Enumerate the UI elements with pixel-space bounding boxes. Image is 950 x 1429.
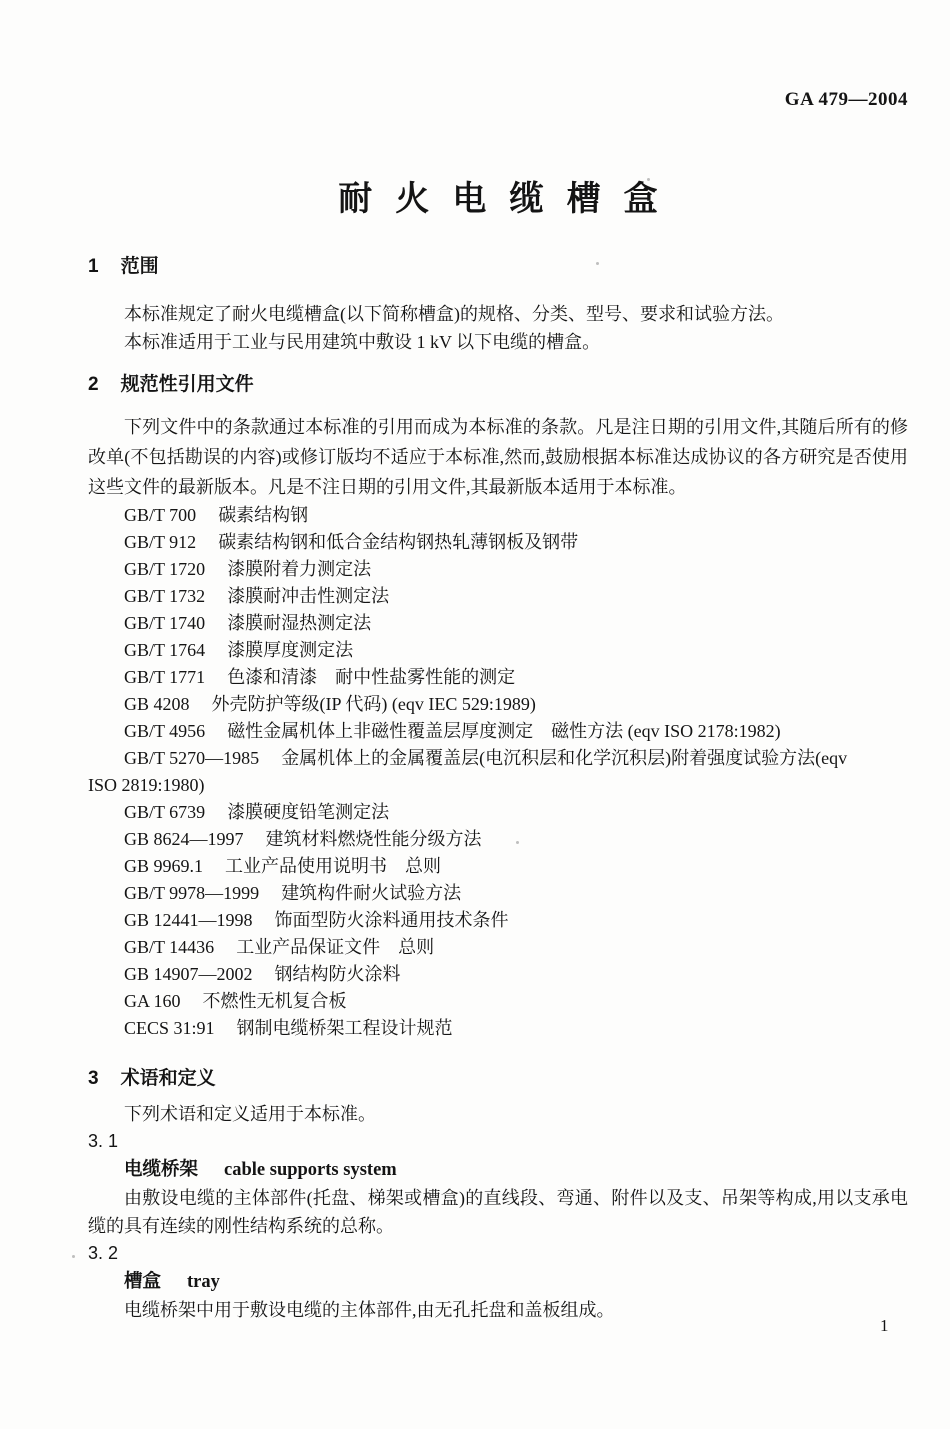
reference-title: 钢制电缆桥架工程设计规范 (237, 1018, 453, 1038)
standard-code: GA 479—2004 (88, 90, 908, 110)
page-content: GA 479—2004 耐火电缆槽盒 1范围 本标准规定了耐火电缆槽盒(以下简称… (0, 0, 950, 1324)
references-intro-paragraph: 下列文件中的条款通过本标准的引用而成为本标准的条款。凡是注日期的引用文件,其随后… (88, 412, 908, 502)
reference-title: 碳素结构钢和低合金结构钢热轧薄钢板及钢带 (218, 532, 578, 552)
reference-title: 漆膜附着力测定法 (227, 559, 371, 579)
reference-title: 建筑构件耐火试验方法 (281, 883, 461, 903)
reference-item: GA 160不燃性无机复合板 (88, 988, 908, 1015)
reference-item: GB/T 5270—1985金属机体上的金属覆盖层(电沉积层和化学沉积层)附着强… (88, 745, 908, 772)
reference-item: GB/T 4956磁性金属机体上非磁性覆盖层厚度测定 磁性方法 (eqv ISO… (88, 718, 908, 745)
page-number: 1 (880, 1316, 889, 1336)
reference-item: GB 14907—2002钢结构防火涂料 (88, 961, 908, 988)
term-english: tray (187, 1272, 220, 1292)
scan-speck (647, 178, 650, 181)
reference-item: GB/T 9978—1999建筑构件耐火试验方法 (88, 880, 908, 907)
reference-title: 漆膜硬度铅笔测定法 (227, 802, 389, 822)
reference-item: GB/T 1732漆膜耐冲击性测定法 (88, 583, 908, 610)
term-definition: 由敷设电缆的主体部件(托盘、梯架或槽盒)的直线段、弯通、附件以及支、吊架等构成,… (88, 1184, 908, 1240)
reference-item: GB 8624—1997建筑材料燃烧性能分级方法 (88, 826, 908, 853)
section-2-heading: 2规范性引用文件 (88, 372, 908, 398)
reference-title: 漆膜耐湿热测定法 (227, 613, 371, 633)
section-3-heading: 3术语和定义 (88, 1066, 908, 1092)
reference-code: GB 4208 (124, 691, 190, 718)
section-1-body: 本标准规定了耐火电缆槽盒(以下简称槽盒)的规格、分类、型号、要求和试验方法。 本… (88, 300, 908, 356)
reference-code: GB/T 1771 (124, 664, 205, 691)
reference-item: GB/T 1720漆膜附着力测定法 (88, 556, 908, 583)
reference-code: GB/T 9978—1999 (124, 880, 259, 907)
term-english: cable supports system (224, 1160, 397, 1180)
reference-code: GB/T 912 (124, 529, 196, 556)
reference-code: GB/T 6739 (124, 799, 205, 826)
term-definition: 电缆桥架中用于敷设电缆的主体部件,由无孔托盘和盖板组成。 (88, 1296, 908, 1324)
term-3-2: 3. 2 槽盒tray 电缆桥架中用于敷设电缆的主体部件,由无孔托盘和盖板组成。 (88, 1240, 908, 1324)
reference-item: GB 9969.1工业产品使用说明书 总则 (88, 853, 908, 880)
reference-code: GB/T 700 (124, 502, 196, 529)
reference-code: GB/T 5270—1985 (124, 745, 259, 772)
reference-title: 外壳防护等级(IP 代码) (eqv IEC 529:1989) (212, 694, 536, 714)
reference-title: 钢结构防火涂料 (275, 964, 401, 984)
section-3-number: 3 (88, 1066, 99, 1092)
clause-number: 3. 1 (88, 1128, 908, 1155)
reference-item: GB 4208外壳防护等级(IP 代码) (eqv IEC 529:1989) (88, 691, 908, 718)
section-1-title: 范围 (121, 256, 159, 277)
reference-item: GB/T 1740漆膜耐湿热测定法 (88, 610, 908, 637)
term-heading: 电缆桥架cable supports system (88, 1155, 908, 1184)
reference-title: 工业产品保证文件 总则 (236, 937, 434, 957)
normative-references-list: GB/T 700碳素结构钢 GB/T 912碳素结构钢和低合金结构钢热轧薄钢板及… (88, 502, 908, 1042)
terms-intro-paragraph: 下列术语和定义适用于本标准。 (88, 1100, 908, 1128)
reference-title: 磁性金属机体上非磁性覆盖层厚度测定 磁性方法 (eqv ISO 2178:198… (227, 721, 780, 741)
reference-title: 漆膜厚度测定法 (227, 640, 353, 660)
reference-code: CECS 31:91 (124, 1015, 215, 1042)
reference-item: GB/T 1771色漆和清漆 耐中性盐雾性能的测定 (88, 664, 908, 691)
reference-code: GB/T 1732 (124, 583, 205, 610)
reference-title: 金属机体上的金属覆盖层(电沉积层和化学沉积层)附着强度试验方法(eqv (281, 748, 847, 768)
reference-item: GB/T 700碳素结构钢 (88, 502, 908, 529)
term-3-1: 3. 1 电缆桥架cable supports system 由敷设电缆的主体部… (88, 1128, 908, 1240)
reference-code: GA 160 (124, 988, 181, 1015)
term-chinese: 电缆桥架 (124, 1158, 198, 1179)
clause-number: 3. 2 (88, 1240, 908, 1267)
section-1-number: 1 (88, 254, 99, 280)
section-2-number: 2 (88, 372, 99, 398)
scope-paragraph-2: 本标准适用于工业与民用建筑中敷设 1 kV 以下电缆的槽盒。 (88, 328, 908, 356)
scan-speck (596, 262, 599, 265)
reference-code: GB/T 1764 (124, 637, 205, 664)
reference-title: 碳素结构钢 (218, 505, 308, 525)
reference-item: GB/T 1764漆膜厚度测定法 (88, 637, 908, 664)
reference-title: 工业产品使用说明书 总则 (225, 856, 441, 876)
reference-title: 漆膜耐冲击性测定法 (227, 586, 389, 606)
section-2-title: 规范性引用文件 (121, 374, 254, 395)
section-1-heading: 1范围 (88, 254, 908, 280)
document-page: GA 479—2004 耐火电缆槽盒 1范围 本标准规定了耐火电缆槽盒(以下简称… (0, 0, 950, 1429)
document-title: 耐火电缆槽盒 (88, 176, 908, 222)
reference-title: 建筑材料燃烧性能分级方法 (266, 829, 482, 849)
reference-code: GB 9969.1 (124, 853, 203, 880)
reference-item: GB 12441—1998饰面型防火涂料通用技术条件 (88, 907, 908, 934)
scan-speck (516, 841, 519, 844)
reference-code: GB/T 1740 (124, 610, 205, 637)
reference-code: GB 14907—2002 (124, 961, 253, 988)
reference-code: GB 12441—1998 (124, 907, 253, 934)
reference-code: GB 8624—1997 (124, 826, 244, 853)
reference-item: GB/T 14436工业产品保证文件 总则 (88, 934, 908, 961)
reference-item: GB/T 912碳素结构钢和低合金结构钢热轧薄钢板及钢带 (88, 529, 908, 556)
term-heading: 槽盒tray (88, 1267, 908, 1296)
reference-item: CECS 31:91钢制电缆桥架工程设计规范 (88, 1015, 908, 1042)
reference-title: 色漆和清漆 耐中性盐雾性能的测定 (227, 667, 515, 687)
scan-speck (72, 1255, 75, 1258)
scope-paragraph-1: 本标准规定了耐火电缆槽盒(以下简称槽盒)的规格、分类、型号、要求和试验方法。 (88, 300, 908, 328)
section-3-title: 术语和定义 (121, 1068, 216, 1089)
reference-continuation-line: ISO 2819:1980) (88, 772, 908, 799)
reference-code: GB/T 14436 (124, 934, 214, 961)
reference-code: GB/T 1720 (124, 556, 205, 583)
reference-title: 不燃性无机复合板 (203, 991, 347, 1011)
reference-title: 饰面型防火涂料通用技术条件 (275, 910, 509, 930)
reference-item: GB/T 6739漆膜硬度铅笔测定法 (88, 799, 908, 826)
reference-code: GB/T 4956 (124, 718, 205, 745)
term-chinese: 槽盒 (124, 1270, 161, 1291)
